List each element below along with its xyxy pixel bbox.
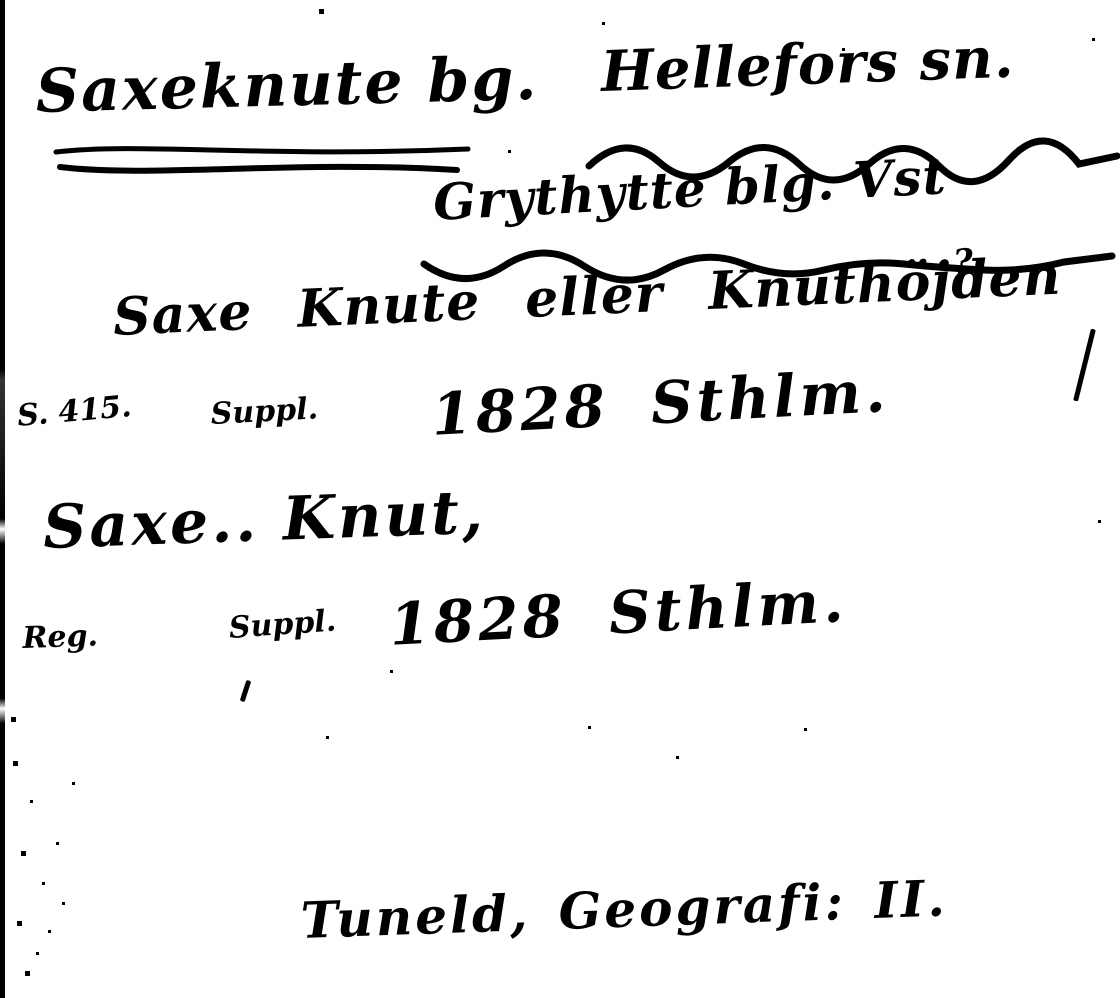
scan-noise-speckles [0,0,3,3]
parish-name: Hellefors sn. [600,30,1015,100]
uncertainty-question-mark: ? [952,245,974,280]
name-variant-prefix: Saxe Knute eller [112,263,665,348]
scanned-index-card: Saxeknute bg. Hellefors sn. Grythytte bl… [0,0,1120,998]
name-variant-short: Saxe.. Knut, [42,483,487,558]
reference-register-locator: Reg. [22,621,98,654]
reference-page-imprint: 1828 Sthlm. [430,362,890,444]
reference-page-locator: S. 415. [16,392,133,432]
headword-double-underline [52,140,472,182]
double-underline-strokes [52,140,472,182]
reference-register-imprint: 1828 Sthlm. [388,572,848,654]
scan-left-edge-line [0,0,5,998]
district-name: Grythytte blg. Vst [432,151,948,228]
flourish-stroke [1073,328,1096,401]
stray-pen-stroke [240,680,252,702]
reference-page-volume: Suppl. [210,394,319,430]
source-citation: Tuneld, Geografi: II. [300,873,948,946]
headword: Saxeknute bg. [35,49,539,122]
reference-register-volume: Suppl. [228,607,337,644]
